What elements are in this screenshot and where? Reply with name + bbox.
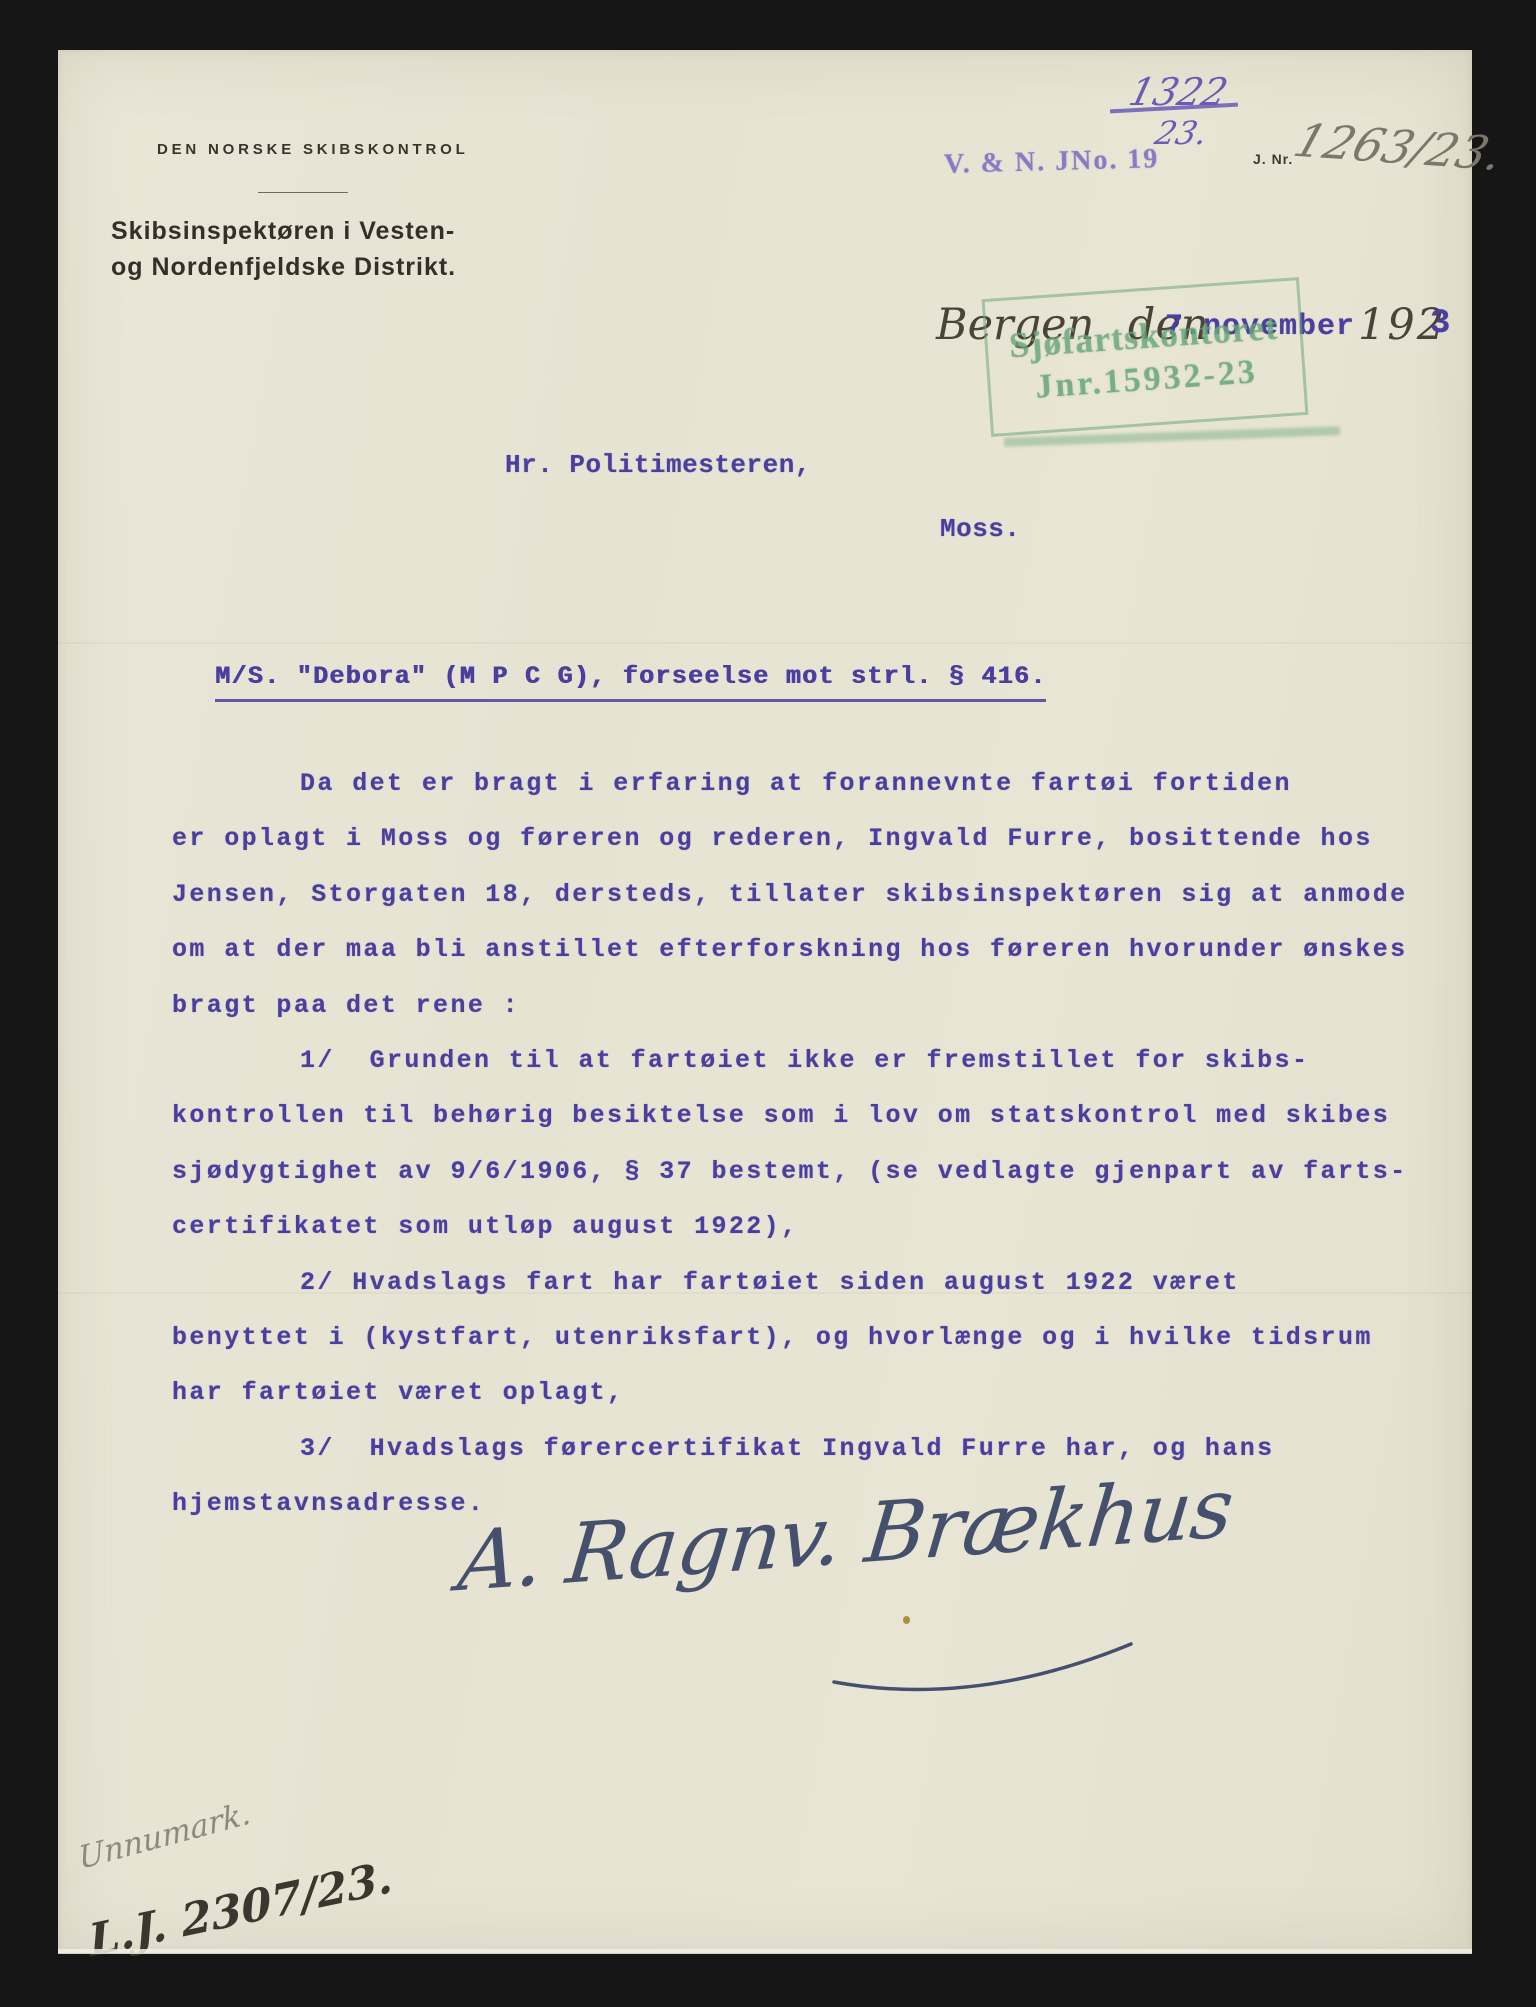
recipient-line: Hr. Politimesteren, [505,450,811,480]
letter-body: Da det er bragt i erfaring at forannevnt… [172,756,1454,1531]
body-line: Jensen, Storgaten 18, dersteds, tillater… [172,867,1454,922]
letter-paper: DEN NORSKE SKIBSKONTROL Skibsinspektøren… [58,50,1472,1953]
scan-background: DEN NORSKE SKIBSKONTROL Skibsinspektøren… [0,0,1536,2007]
fold-crease [58,642,1472,644]
subject-line: M/S. "Debora" (M P C G), forseelse mot s… [215,662,1046,702]
body-line: Da det er bragt i erfaring at forannevnt… [172,756,1454,811]
green-office-stamp: Sjøfartskontoret Jnr.15932-23 [982,277,1309,437]
letterhead-name-line2: og Nordenfjeldske Distrikt. [111,253,456,282]
letterhead-org: DEN NORSKE SKIBSKONTROL [157,141,469,158]
body-line: er oplagt i Moss og føreren og rederen, … [172,811,1454,866]
paper-bottom-edge [58,1949,1472,1954]
body-line: kontrollen til behørig besiktelse som i … [172,1088,1454,1143]
vn-journal-stamp: V. & N. JNo. 19 [944,143,1160,181]
vn-journal-number-bottom: 23. [1151,114,1211,152]
pencil-annotation: Unnumark. [77,1795,253,1877]
body-line: 3/ Hvadslags førercertifikat Ingvald Fur… [172,1421,1454,1476]
body-line: sjødygtighet av 9/6/1906, § 37 bestemt, … [172,1144,1454,1199]
body-line: benyttet i (kystfart, utenriksfart), og … [172,1310,1454,1365]
body-line: bragt paa det rene : [172,978,1454,1033]
body-line: 2/ Hvadslags fart har fartøiet siden aug… [172,1255,1454,1310]
ink-speck [903,1616,910,1624]
jnr-value: 1263/23. [1288,113,1510,180]
body-line: 1/ Grunden til at fartøiet ikke er frems… [172,1033,1454,1088]
dateline-typed-year-digit: 3 [1430,305,1450,343]
letterhead-divider [258,192,348,193]
body-line: om at der maa bli anstillet efterforskni… [172,922,1454,977]
letterhead-name-line1: Skibsinspektøren i Vesten- [111,217,455,246]
recipient-city: Moss. [940,514,1021,544]
signature-flourish [826,1630,1146,1700]
body-line: har fartøiet været oplagt, [172,1365,1454,1420]
body-line: certifikatet som utløp august 1922), [172,1199,1454,1254]
